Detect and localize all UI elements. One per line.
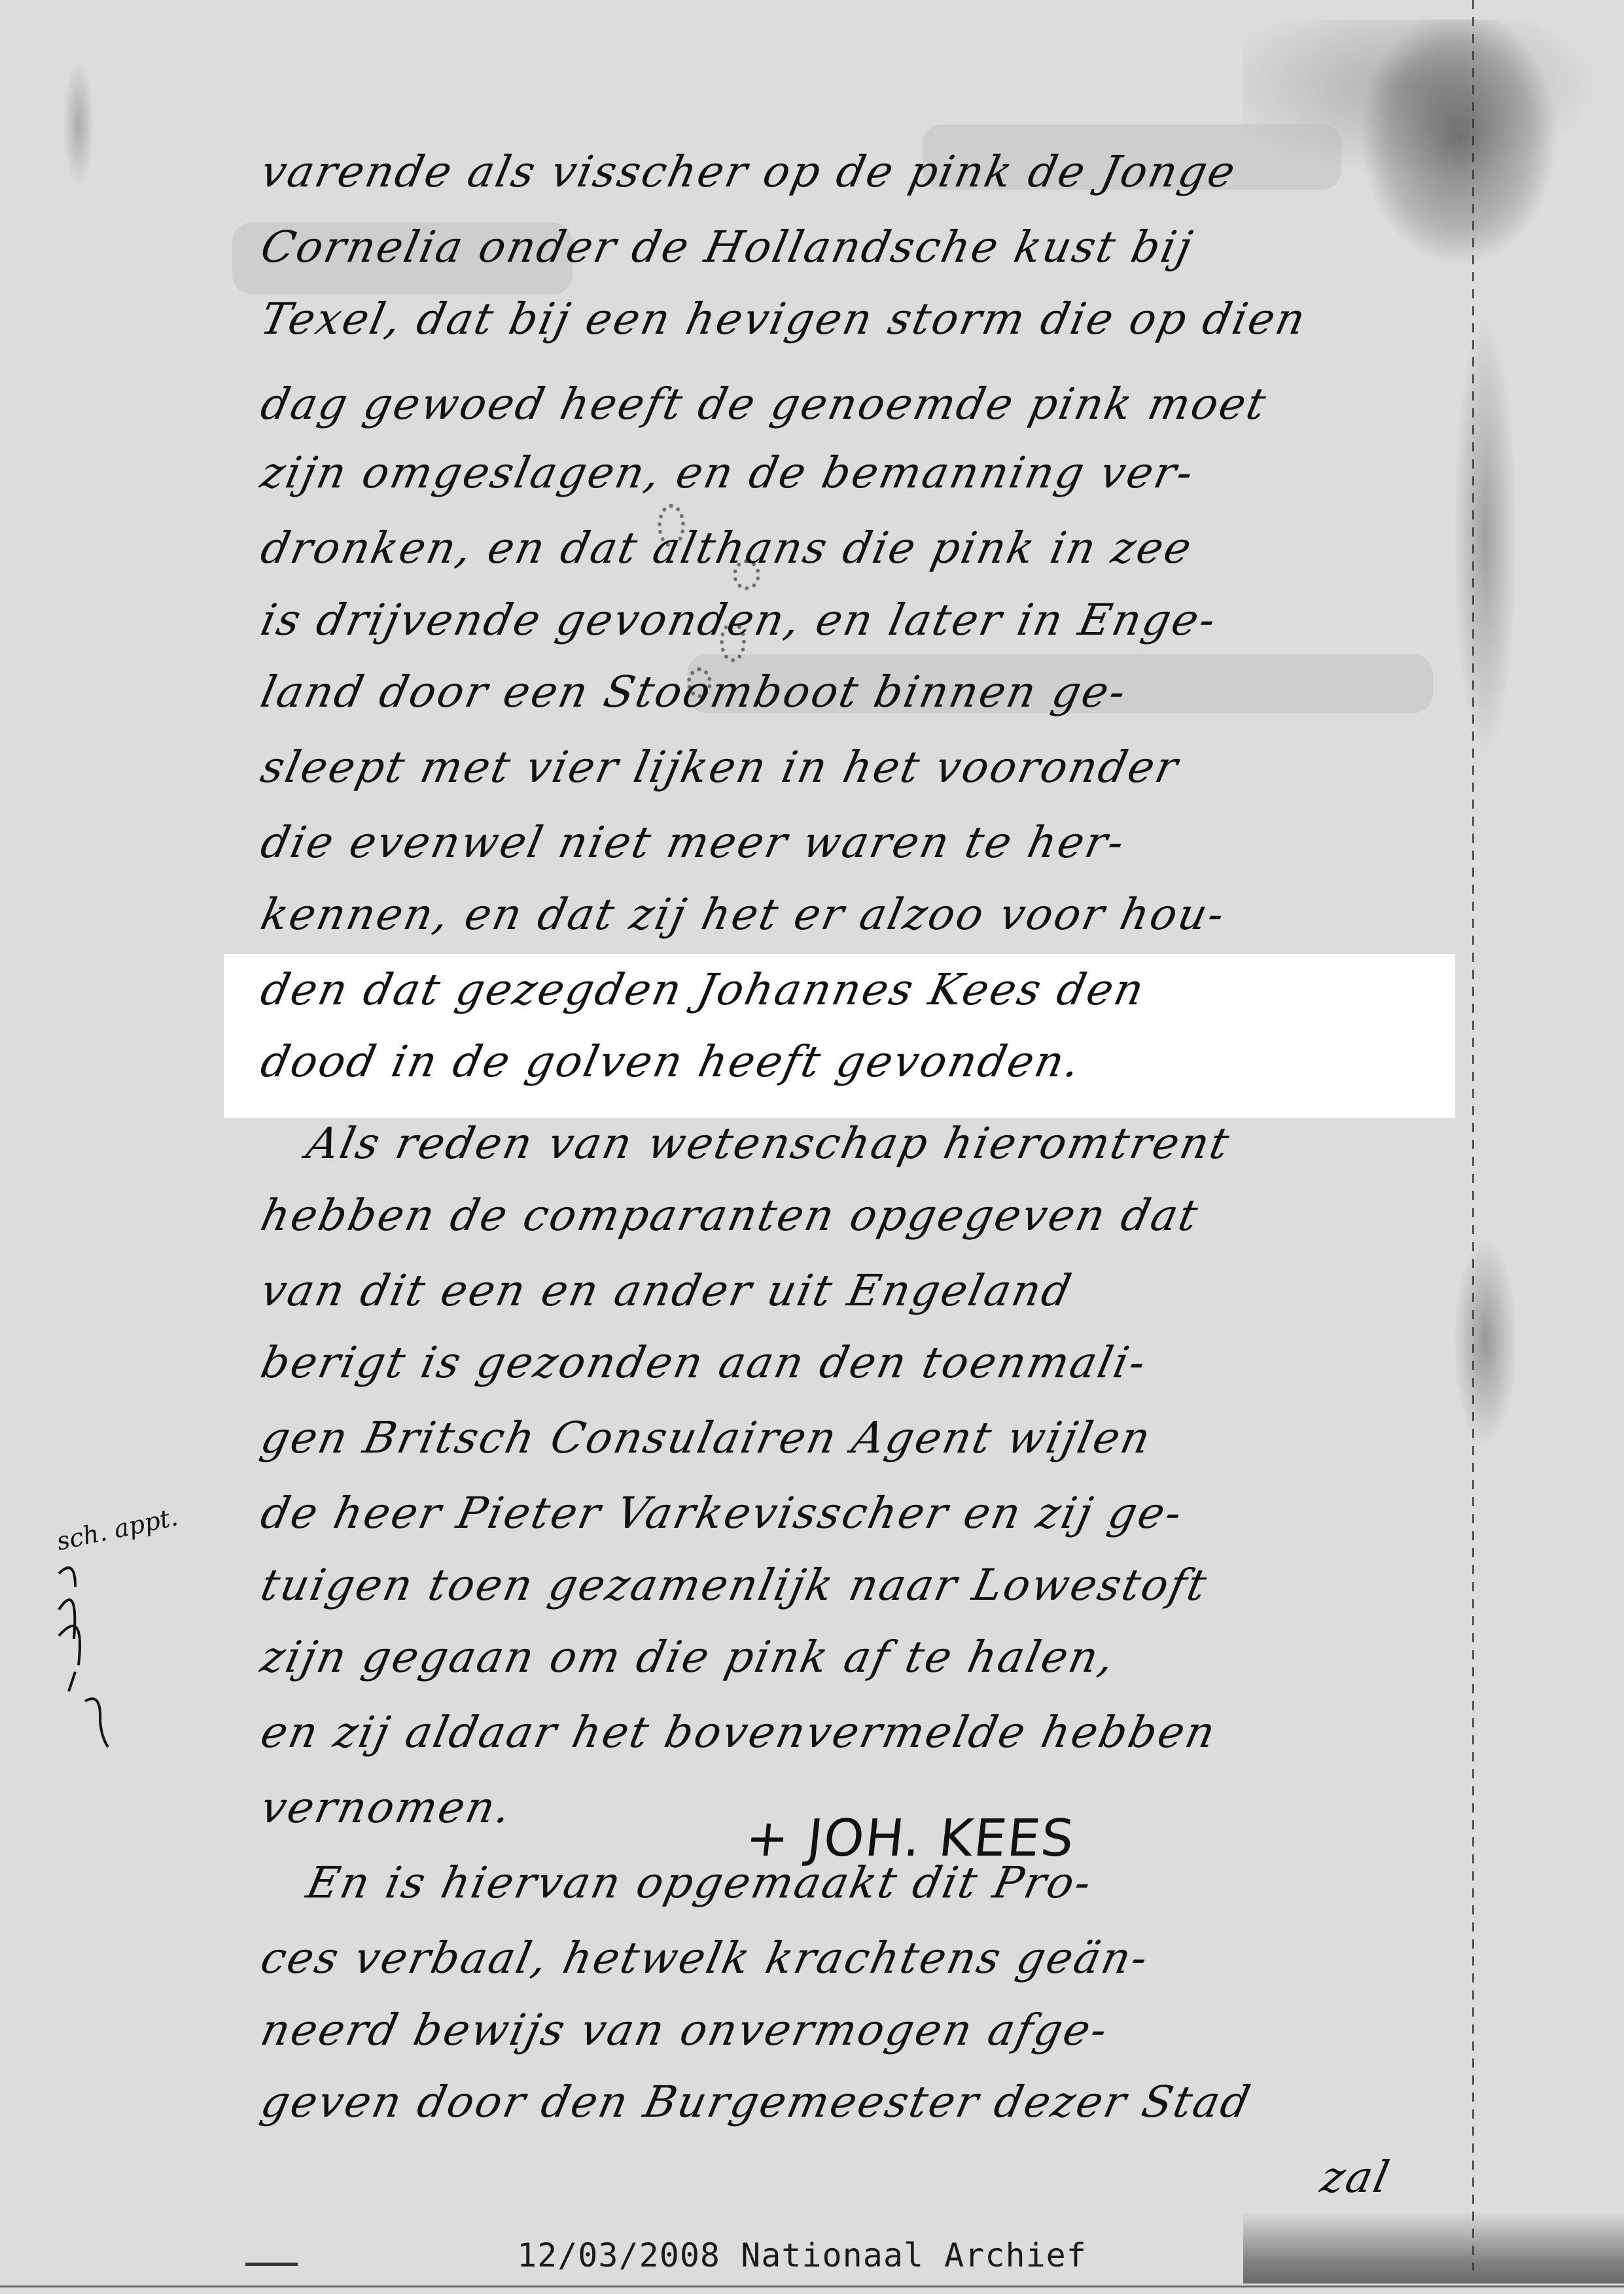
margin-annotation: sch. appt.	[54, 1502, 180, 1556]
text-line-28: zal	[1317, 2156, 1457, 2199]
scan-noise-left	[52, 39, 105, 209]
text-line-25: ces verbaal, hetwelk krachtens geän-	[257, 1937, 1470, 1980]
text-line-10: die evenwel niet meer waren te her-	[257, 821, 1470, 864]
text-line-2: Cornelia onder de Hollandsche kust bij	[257, 226, 1470, 269]
text-line-15: hebben de comparanten opgegeven dat	[257, 1194, 1470, 1237]
text-line-21: zijn gegaan om die pink af te halen,	[257, 1636, 1470, 1679]
signature-joh-kees: + JOH. KEES	[743, 1809, 1078, 1868]
text-line-8: land door een Stoomboot binnen ge-	[257, 671, 1470, 714]
text-line-5: zijn omgeslagen, en de bemanning ver-	[257, 451, 1470, 495]
text-line-3: Texel, dat bij een hevigen storm die op …	[257, 298, 1470, 341]
text-line-19: de heer Pieter Varkevisscher en zij ge-	[257, 1492, 1470, 1535]
archive-stamp: 12/03/2008 Nationaal Archief	[517, 2236, 1087, 2274]
text-line-20: tuigen toen gezamenlijk naar Lowestoft	[257, 1564, 1470, 1607]
text-line-22: en zij aldaar het bovenvermelde hebben	[257, 1711, 1470, 1754]
text-line-17: berigt is gezonden aan den toenmali-	[257, 1341, 1470, 1385]
text-line-13-highlighted: dood in de golven heeft gevonden.	[257, 1040, 1470, 1084]
text-line-18: gen Britsch Consulairen Agent wijlen	[257, 1417, 1470, 1460]
text-line-7: is drijvende gevonden, en later in Enge-	[257, 599, 1470, 642]
text-line-4: dag gewoed heeft de genoemde pink moet	[257, 383, 1470, 426]
text-line-9: sleept met vier lijken in het vooronder	[257, 746, 1470, 789]
text-line-11: kennen, en dat zij het er alzoo voor hou…	[257, 893, 1470, 936]
margin-paraph-icon	[56, 1561, 115, 1750]
text-line-26: neerd bewijs van onvermogen afge-	[257, 2009, 1470, 2052]
text-line-12-highlighted: den dat gezegden Johannes Kees den	[257, 968, 1470, 1012]
text-line-27: geven door den Burgemeester dezer Stad	[257, 2081, 1470, 2124]
text-line-1: varende als visscher op de pink de Jonge	[257, 150, 1470, 194]
page-bottom-edge	[0, 2285, 1624, 2287]
scan-noise-bottom	[1243, 2212, 1624, 2284]
text-line-14: Als reden van wetenschap hieromtrent	[303, 1122, 1516, 1165]
text-line-16: van dit een en ander uit Engeland	[257, 1269, 1470, 1313]
footer-dash	[245, 2263, 298, 2266]
text-line-6: dronken, en dat althans die pink in zee	[257, 527, 1470, 570]
